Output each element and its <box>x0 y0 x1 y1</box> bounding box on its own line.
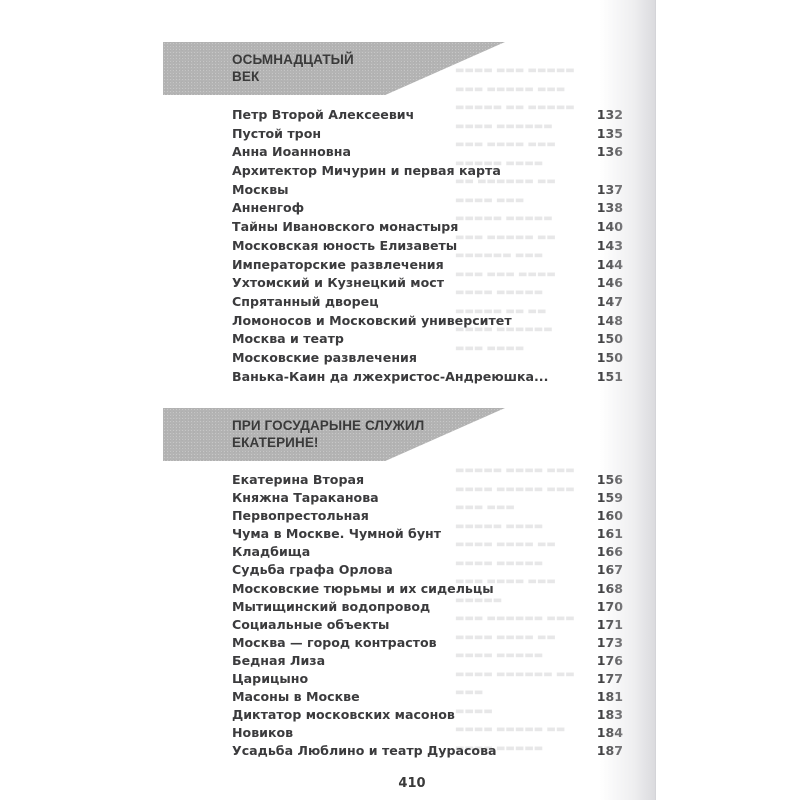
toc-entry: Масоны в Москве181 <box>232 688 623 706</box>
toc-entry: Чума в Москве. Чумной бунт161 <box>232 525 623 543</box>
section-heading-line: ЕКАТЕРИНЕ! <box>232 434 424 451</box>
toc-entry: Ухтомский и Кузнецкий мост146 <box>232 274 623 293</box>
toc-entry-title: Екатерина Вторая <box>232 471 364 489</box>
toc-entry: Петр Второй Алексеевич132 <box>232 106 623 125</box>
toc-entry-page: 132 <box>597 106 623 125</box>
toc-entry: Московская юность Елизаветы143 <box>232 237 623 256</box>
toc-entry: Архитектор Мичурин и первая карта <box>232 162 623 181</box>
toc-entry-title: Княжна Тараканова <box>232 489 379 507</box>
toc-entry-page: 160 <box>597 507 623 525</box>
toc-entry-page: 144 <box>597 256 623 275</box>
toc-entry: Анна Иоанновна136 <box>232 143 623 162</box>
toc-entry-title: Москвы <box>232 181 289 200</box>
toc-entry: Ванька-Каин да лжехристос-Андреюшка...15… <box>232 368 623 387</box>
section-heading-line: ВЕК <box>232 68 354 85</box>
toc-entry-title: Царицыно <box>232 670 308 688</box>
toc-entry: Императорские развлечения144 <box>232 256 623 275</box>
toc-entry-title: Анненгоф <box>232 199 304 218</box>
toc-entry-page: 150 <box>597 349 623 368</box>
toc-entry-page: 146 <box>597 274 623 293</box>
toc-entry-page: 148 <box>597 312 623 331</box>
toc-entry-page: 187 <box>597 742 623 760</box>
toc-entry-page: 147 <box>597 293 623 312</box>
page-edge <box>655 0 656 800</box>
toc-entry: Москва и театр150 <box>232 330 623 349</box>
toc-entry-title: Масоны в Москве <box>232 688 360 706</box>
page-number: 410 <box>392 776 432 791</box>
toc-entry: Судьба графа Орлова167 <box>232 561 623 579</box>
toc-entry-title: Императорские развлечения <box>232 256 444 275</box>
toc-entry-page: 168 <box>597 580 623 598</box>
toc-entry: Московские тюрьмы и их сидельцы168 <box>232 580 623 598</box>
toc-entry-page: 136 <box>597 143 623 162</box>
toc-entry: Диктатор московских масонов183 <box>232 706 623 724</box>
toc-entry-page: 143 <box>597 237 623 256</box>
toc-entry-page: 183 <box>597 706 623 724</box>
toc-entry-title: Новиков <box>232 724 293 742</box>
toc-entry-title: Социальные объекты <box>232 616 389 634</box>
toc-entry-page: 156 <box>597 471 623 489</box>
toc-entry: Ломоносов и Московский университет148 <box>232 312 623 331</box>
book-page: ▬▬▬▬ ▬▬▬ ▬▬▬▬▬▬▬▬ ▬▬▬▬▬ ▬▬▬▬▬▬▬▬ ▬▬ ▬▬▬▬… <box>0 0 800 800</box>
toc-entry-title: Бедная Лиза <box>232 652 325 670</box>
toc-entry-title: Петр Второй Алексеевич <box>232 106 414 125</box>
toc-entry-page: 173 <box>597 634 623 652</box>
section-heading-line: ПРИ ГОСУДАРЫНЕ СЛУЖИЛ <box>232 417 424 434</box>
toc-list: Екатерина Вторая156Княжна Тараканова159П… <box>232 471 623 761</box>
toc-entry-page: 138 <box>597 199 623 218</box>
toc-entry-page: 137 <box>597 181 623 200</box>
toc-entry: Спрятанный дворец147 <box>232 293 623 312</box>
toc-entry-title: Анна Иоанновна <box>232 143 351 162</box>
toc-entry: Первопрестольная160 <box>232 507 623 525</box>
toc-entry-page: 161 <box>597 525 623 543</box>
toc-entry-page: 177 <box>597 670 623 688</box>
section-heading-line: ОСЬМНАДЦАТЫЙ <box>232 51 354 68</box>
toc-entry: Московские развлечения150 <box>232 349 623 368</box>
toc-entry-title: Пустой трон <box>232 125 321 144</box>
toc-entry-title: Чума в Москве. Чумной бунт <box>232 525 441 543</box>
toc-entry-page: 166 <box>597 543 623 561</box>
toc-entry: Бедная Лиза176 <box>232 652 623 670</box>
toc-entry: Кладбища166 <box>232 543 623 561</box>
toc-entry-page: 150 <box>597 330 623 349</box>
toc-entry: Тайны Ивановского монастыря140 <box>232 218 623 237</box>
toc-entry-page: 184 <box>597 724 623 742</box>
toc-entry: Москва — город контрастов173 <box>232 634 623 652</box>
toc-entry-title: Москва — город контрастов <box>232 634 437 652</box>
toc-entry: Мытищинский водопровод170 <box>232 598 623 616</box>
toc-entry-page: 159 <box>597 489 623 507</box>
toc-entry-title: Мытищинский водопровод <box>232 598 430 616</box>
toc-entry-page: 151 <box>597 368 623 387</box>
section-heading: ОСЬМНАДЦАТЫЙ ВЕК <box>232 51 354 85</box>
section-heading: ПРИ ГОСУДАРЫНЕ СЛУЖИЛ ЕКАТЕРИНЕ! <box>232 417 424 451</box>
toc-entry-page: 140 <box>597 218 623 237</box>
toc-entry-title: Спрятанный дворец <box>232 293 379 312</box>
toc-entry: Княжна Тараканова159 <box>232 489 623 507</box>
toc-entry-title: Москва и театр <box>232 330 344 349</box>
toc-entry: Москвы137 <box>232 181 623 200</box>
toc-entry-title: Диктатор московских масонов <box>232 706 455 724</box>
toc-entry-page: 167 <box>597 561 623 579</box>
toc-entry-title: Московская юность Елизаветы <box>232 237 457 256</box>
toc-entry-page: 176 <box>597 652 623 670</box>
toc-entry-title: Судьба графа Орлова <box>232 561 393 579</box>
toc-list: Петр Второй Алексеевич132Пустой трон135А… <box>232 106 623 386</box>
toc-entry-title: Московские тюрьмы и их сидельцы <box>232 580 494 598</box>
toc-entry-page: 135 <box>597 125 623 144</box>
toc-entry-title: Архитектор Мичурин и первая карта <box>232 162 501 181</box>
toc-entry-title: Ванька-Каин да лжехристос-Андреюшка... <box>232 368 548 387</box>
toc-entry: Усадьба Люблино и театр Дурасова187 <box>232 742 623 760</box>
toc-entry-page: 181 <box>597 688 623 706</box>
toc-entry: Царицыно177 <box>232 670 623 688</box>
toc-entry: Пустой трон135 <box>232 125 623 144</box>
toc-entry-title: Тайны Ивановского монастыря <box>232 218 458 237</box>
toc-entry-title: Первопрестольная <box>232 507 369 525</box>
toc-entry: Социальные объекты171 <box>232 616 623 634</box>
toc-entry-page: 170 <box>597 598 623 616</box>
toc-entry-title: Ломоносов и Московский университет <box>232 312 512 331</box>
toc-entry-page: 171 <box>597 616 623 634</box>
toc-entry-title: Ухтомский и Кузнецкий мост <box>232 274 444 293</box>
toc-entry-title: Московские развлечения <box>232 349 417 368</box>
toc-entry-title: Кладбища <box>232 543 310 561</box>
toc-entry: Екатерина Вторая156 <box>232 471 623 489</box>
toc-entry-title: Усадьба Люблино и театр Дурасова <box>232 742 497 760</box>
toc-entry: Анненгоф138 <box>232 199 623 218</box>
toc-entry: Новиков184 <box>232 724 623 742</box>
